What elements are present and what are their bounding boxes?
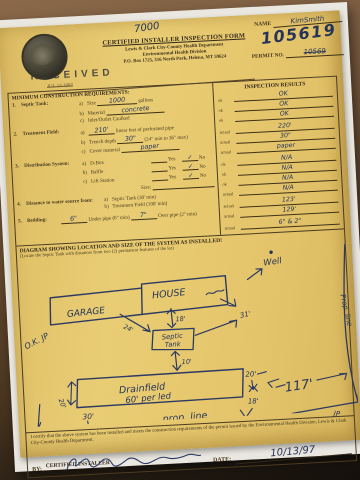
handwritten-number-top: 7000 bbox=[134, 21, 161, 35]
row-label: Septic Tank: bbox=[21, 99, 80, 129]
cover-material-label: Cover material bbox=[89, 148, 120, 156]
no-label: No bbox=[199, 163, 213, 170]
result-label: actual bbox=[223, 203, 239, 209]
row-label: Bedding: bbox=[27, 217, 61, 228]
size-value: 1000 bbox=[109, 96, 126, 104]
bottom-caret bbox=[240, 408, 252, 418]
well-dot bbox=[269, 250, 273, 254]
inspection-form-paper: RECEIVED JUL 14 1997 7000 CERTIFIED INST… bbox=[0, 10, 360, 457]
caulked-label: Inlet/Outlet Caulked bbox=[88, 116, 130, 124]
result-label: actual bbox=[223, 191, 239, 197]
row-number: 5. bbox=[18, 218, 27, 228]
result-label: ok bbox=[219, 117, 235, 123]
septic-tank-label-2: Tank bbox=[165, 340, 182, 349]
bedding-over-label: Over pipe (2" min) bbox=[158, 211, 197, 219]
result-label: actual bbox=[220, 139, 236, 145]
dist-east-label: 117' bbox=[284, 377, 314, 396]
garage-label: GARAGE bbox=[66, 306, 105, 320]
result-label: ok bbox=[222, 181, 238, 187]
lift-yes-blank bbox=[152, 180, 168, 182]
no-label: No bbox=[200, 172, 214, 179]
result-label: actual bbox=[225, 225, 241, 231]
corner-southeast bbox=[292, 395, 359, 413]
permit-label: PERMIT NO. bbox=[252, 52, 285, 60]
by-label: BY: bbox=[32, 466, 42, 473]
site-sketch: Well Prop. line GARAGE HOUSE 18' 24' Sep… bbox=[20, 242, 358, 427]
baffle-no-check: ✓ bbox=[182, 163, 198, 171]
linear-feet-value: 210' bbox=[94, 127, 108, 135]
dist-south-label: 18' bbox=[248, 397, 259, 406]
inspector-ok-note: O.K. JP bbox=[23, 331, 50, 351]
tank-right-arrow bbox=[195, 320, 238, 335]
bedding-under-value: 6" bbox=[70, 216, 78, 223]
size-label: Size: bbox=[141, 184, 151, 191]
date-value: 10/13/97 bbox=[235, 441, 352, 464]
result-label: ok bbox=[218, 107, 234, 113]
title-block: CERTIFIED INSTALLER INSPECTION FORM Lewi… bbox=[93, 32, 256, 68]
yes-label: Yes bbox=[168, 165, 182, 172]
cover-material-value: paper bbox=[141, 143, 160, 151]
property-line-bottom-label: prop. line bbox=[161, 410, 208, 425]
baffle-yes-blank bbox=[152, 171, 168, 173]
yes-label: Yes bbox=[168, 156, 182, 163]
installer-signature bbox=[63, 448, 204, 475]
dist-house-label: 18' bbox=[175, 315, 186, 324]
field-width-left-label: 20' bbox=[57, 397, 68, 409]
well-arrow bbox=[247, 269, 263, 280]
west-down-arrow bbox=[85, 421, 93, 427]
gallons-label: gallons bbox=[138, 97, 153, 104]
tank-field-connector bbox=[171, 351, 181, 370]
material-value: concrete bbox=[121, 105, 149, 114]
result-label: actual bbox=[224, 213, 240, 219]
date-label: DATE: bbox=[213, 456, 232, 463]
result-label: ok bbox=[222, 171, 238, 177]
distance-field-label: Treatment Field (100' min) bbox=[112, 201, 167, 210]
trench-depth-label: Trench depth bbox=[89, 138, 116, 145]
property-line-right-label: Prop. line bbox=[338, 293, 353, 327]
result-label: actual bbox=[220, 129, 236, 135]
field-width-right-label: 20' bbox=[245, 370, 256, 379]
row-label: Distance to water source from: bbox=[26, 197, 105, 216]
dist-right-label: 31' bbox=[239, 309, 251, 319]
lift-no-check: ✓ bbox=[183, 171, 199, 179]
no-label: No bbox=[199, 154, 213, 161]
row-label: Treatment Field: bbox=[22, 128, 81, 160]
bedding-under-label: Under pipe (6" min) bbox=[88, 215, 130, 223]
requirements-column: MINIMUM CONSTRUCTION REQUIREMENTS: 1. Se… bbox=[8, 83, 221, 245]
result-value: 6" & 2" bbox=[240, 216, 339, 229]
requirements-table: MINIMUM CONSTRUCTION REQUIREMENTS: 1. Se… bbox=[7, 76, 345, 247]
result-row: actual6" & 2" bbox=[224, 216, 339, 230]
photo-scene: RECEIVED JUL 14 1997 7000 CERTIFIED INST… bbox=[0, 0, 360, 480]
yes-label: Yes bbox=[169, 174, 183, 181]
permit-field: PERMIT NO. 10569 bbox=[252, 46, 344, 60]
received-date-stamp: JUL 14 1997 bbox=[47, 83, 73, 89]
dbox-yes-blank bbox=[151, 162, 167, 164]
material-label: Material bbox=[87, 109, 105, 116]
result-label: ok bbox=[218, 97, 234, 103]
permit-value: 10569 bbox=[286, 46, 344, 58]
house-label: HOUSE bbox=[151, 287, 186, 301]
size-label: Size bbox=[87, 100, 96, 106]
well-label: Well bbox=[263, 256, 283, 269]
dbox-no-check: ✓ bbox=[182, 154, 198, 162]
dist-down-label: 10' bbox=[181, 357, 192, 366]
field-width-left-arrow bbox=[67, 381, 77, 404]
dist-west-label: 30' bbox=[82, 412, 94, 422]
inspector-initials: JP bbox=[333, 410, 340, 419]
trench-depth-value: 30" bbox=[124, 135, 136, 142]
bedding-over-value: 7" bbox=[140, 212, 148, 219]
name-label: NAME bbox=[254, 21, 271, 28]
result-label: actual bbox=[221, 149, 237, 155]
dist-garage-label: 24' bbox=[122, 323, 135, 335]
diagram-section: DIAGRAM SHOWING LOCATION AND SIZE OF THE… bbox=[15, 229, 354, 433]
inspection-results-column: INSPECTION RESULTS okOK okOK okOK actual… bbox=[213, 77, 344, 235]
result-label: ok bbox=[221, 161, 237, 167]
row-label: Distribution System: bbox=[24, 160, 84, 199]
